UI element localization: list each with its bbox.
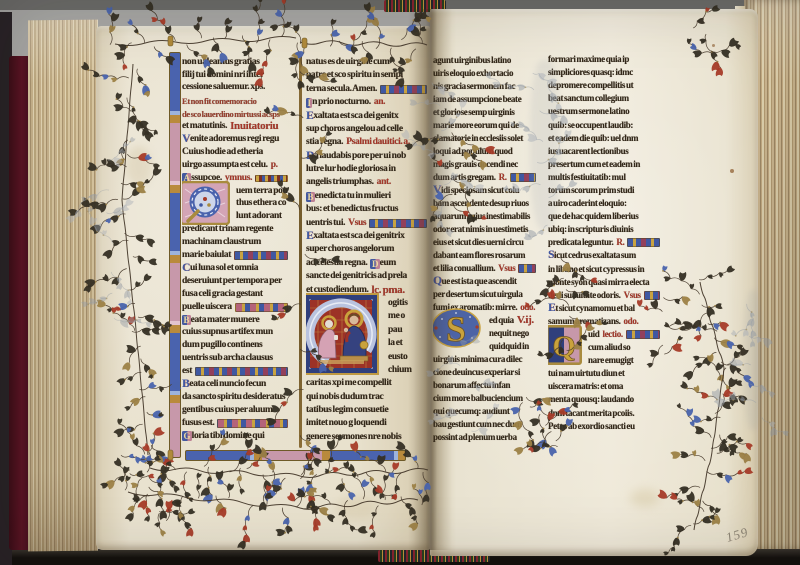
text-line: cione deuincus experiar si [433, 366, 536, 379]
text-line: Sicut cedrus exaltata sum [548, 249, 660, 262]
rubric-text: V.ij. [517, 315, 534, 326]
text-line: deseruiunt per tempora per [182, 275, 288, 288]
illuminated-initial: D [306, 151, 314, 163]
rubric-text: lectio. [602, 330, 622, 339]
text-line: gentibus cuius per aluum [182, 404, 288, 417]
line-filler-ornament [627, 238, 660, 247]
text-line: marie baiulat [182, 249, 288, 262]
svg-text:Q: Q [552, 330, 575, 363]
manuscript-text: predicata leguntur. [548, 238, 613, 247]
manuscript-text: thus ethera co [236, 199, 286, 209]
text-line: iam de assumpcione beate [433, 93, 536, 106]
text-line: Gloria tibi domine qui [182, 430, 288, 443]
text-line: lutre lur hodie gloriosa in [306, 163, 427, 176]
rubric-text: an. [374, 98, 385, 108]
rubric-text: de sco lauerdino mirtussi acsps [182, 110, 280, 119]
manuscript-text: aquarum cuius inestimabilis [433, 212, 530, 221]
text-line: Cui luna sol et omnia [182, 262, 288, 275]
text-line: nis gracia sermonem fac [433, 80, 536, 93]
manuscript-text: beat sanctum collegium [548, 94, 629, 103]
text-line: Benedicta tu in mulieri [306, 190, 427, 203]
text-line: menta quousq: laudando [548, 393, 660, 406]
text-column-left-1: non ualeamus gratiasfilij tui domini nri… [182, 56, 288, 443]
text-line: per desertum sicut uirgula [433, 288, 536, 301]
manuscript-text: ius uacarent lectionibus [548, 147, 628, 156]
manuscript-text: t sicut cynamomu et bal [555, 304, 634, 313]
text-line: uirgo assumpta est celu.p. [182, 159, 288, 172]
line-filler-ornament [195, 367, 288, 376]
manuscript-text: xaltata est sca dei genitx [313, 112, 398, 122]
line-filler-ornament [644, 291, 660, 300]
line-filler-ornament [235, 303, 288, 312]
text-line: torum scorum prim studi [548, 184, 660, 197]
text-line: uentris tui.Vsus [306, 217, 427, 230]
manuscript-text: eius et sicut dies uerni circu [433, 238, 524, 247]
manuscript-text: marie baiulat [182, 251, 231, 261]
manuscript-text: monte syon quasi mirra electa [548, 278, 649, 287]
text-line: stia regna.Psalmi dauitici. a. [306, 136, 427, 149]
manuscript-text: nequit nego [489, 329, 529, 338]
text-line: et lilia conuallium.Vsus [433, 262, 536, 275]
manuscript-text: dabant eam flores rosarum [433, 251, 525, 260]
text-line: cessione saluemur. xps. [182, 82, 288, 95]
text-column-right-1: S agunt uirginibus latinouiris eloquio e… [433, 54, 536, 444]
book-cover-maroon [9, 56, 30, 550]
text-line: puelle uiscera [182, 301, 288, 314]
text-line: super choros angelorum [306, 243, 427, 256]
manuscript-text: uentris sub archa clausus [182, 354, 273, 364]
text-line: uiris eloquio exhortacio [433, 67, 536, 80]
text-line: ius uacarent lectionibus [548, 145, 660, 158]
line-filler-ornament [518, 264, 536, 273]
manuscript-text: terna secula. Amen. [306, 85, 377, 95]
text-line: predicata leguntur.R. [548, 236, 660, 249]
text-line: uestrum sermone latino [548, 105, 660, 118]
manuscript-text: cum aliud so [588, 343, 630, 352]
manuscript-text: ad celestia regna. [306, 259, 367, 269]
manuscript-text: caritas xpi me compellit [306, 379, 391, 389]
manuscript-text: formari maxime quia ip [548, 55, 629, 64]
text-line: a uiro caderint eloquio: [548, 197, 660, 210]
left-page-vellum: non ualeamus gratiasfilij tui domini nri… [96, 26, 430, 550]
text-line: que de hac quidem liberius [548, 210, 660, 223]
text-line: tatibus legim consuetie [306, 404, 427, 417]
manuscript-text: bus: et benedictus fructus [306, 205, 398, 215]
manuscript-text: me o [388, 312, 405, 322]
rubric-text: R. [616, 238, 624, 247]
manuscript-text: stia regna. [306, 138, 343, 148]
manuscript-text: genere sermones nre nobis [306, 433, 401, 443]
text-column-left-2: natus es de uirgine cumpatre et sco spir… [306, 56, 427, 444]
rubric-text: Inuitatoriu [230, 121, 278, 132]
manuscript-text: uid [588, 330, 599, 339]
text-line: in libano et sicut cypressus in [548, 263, 660, 276]
text-line: qui quecumq: audiunt [433, 405, 536, 418]
manuscript-text: bam ascendente desup riuos [433, 199, 529, 208]
text-line: beat sanctum collegium [548, 92, 660, 105]
manuscript-text: patre et sco spiritu in sempi [306, 71, 403, 81]
manuscript-text: Cuius hodie ad etheria [182, 148, 263, 158]
manuscript-text: pau [388, 326, 402, 336]
manuscript-text: loqui ad populum quod [433, 147, 512, 156]
manuscript-text: a laudabis pore per ui nob [314, 152, 406, 162]
illuminated-initial: C [182, 263, 190, 275]
manuscript-text: ui luna sol et omnia [190, 264, 258, 274]
manuscript-text: fusus est. [182, 419, 214, 429]
text-line: depromere compellitis ut [548, 79, 660, 92]
text-line: ad celestia regna.Deum [306, 257, 427, 270]
text-line: fusa celi gracia gestant [182, 288, 288, 301]
illuminated-initial-q-hymn [182, 181, 230, 225]
ink-spot [712, 44, 715, 47]
manuscript-text: multis festiuitatib: mul [548, 173, 626, 182]
manuscript-text: presertum cum et eadem in [548, 160, 640, 169]
manuscript-text: nare emugigt [588, 356, 633, 365]
manuscript-text: tatibus legim consuetie [306, 406, 388, 416]
manuscript-text: uem terra pon [236, 187, 288, 197]
manuscript-text: qui nobis dudum trac [306, 393, 383, 403]
manuscript-text: filij tui domini nri inter [182, 71, 264, 81]
illuminated-border-bar-bottom [185, 450, 406, 461]
illuminated-initial: V [182, 134, 190, 146]
manuscript-text: dedi suauitate odoris. [548, 291, 621, 300]
text-line: loqui ad populum quod [433, 145, 536, 158]
manuscript-text: qui quecumq: audiunt [433, 407, 510, 416]
manuscript-text: predicant trinam regente [182, 225, 273, 235]
manuscript-text: eum [380, 259, 396, 269]
manuscript-text: machinam claustrum [182, 238, 261, 248]
text-line: Beata celi nuncio fecun [182, 378, 288, 391]
text-line: clamatorie in ecclesiis solet [433, 132, 536, 145]
illuminated-initial-s-lesson: S [433, 307, 484, 349]
manuscript-text: dum pugillo continens [182, 341, 262, 351]
illuminated-initial: V [433, 185, 441, 197]
manuscript-text: Petro ab exordio sancti eu [548, 422, 635, 431]
ink-spot [730, 169, 734, 173]
text-line: marie more eorum qui de [433, 119, 536, 132]
rubric-text: Et non fit comemoracio [182, 97, 257, 106]
rubric-text: odo. [624, 317, 639, 326]
manuscript-text: bau gestiunt cum nec dum [433, 420, 522, 429]
manuscript-text: non ualeamus gratias [182, 58, 260, 68]
manuscript-text: gentibus cuius per aluum [182, 406, 273, 416]
illuminated-initial: B [182, 315, 191, 325]
illuminated-initial: Q [433, 276, 442, 288]
manuscript-text: ogitis [388, 299, 408, 309]
rubric-text: Vsus [348, 219, 366, 229]
line-filler-ornament [380, 85, 427, 94]
manuscript-text: que de hac quidem liberius [548, 212, 638, 221]
text-line: Petro ab exordio sancti eu [548, 420, 660, 433]
text-line: Exaltata est sca dei genitrix [306, 230, 427, 243]
text-line: patre et sco spiritu in sempi [306, 69, 427, 82]
rubric-text: Vsus [624, 291, 641, 300]
line-filler-ornament [255, 175, 288, 182]
text-line: natus es de uirgine cum [306, 56, 427, 69]
text-line: odor erat nimis in uestimetis [433, 223, 536, 236]
manuscript-text: deseruiunt per tempora per [182, 277, 282, 287]
text-column-right-2: Q formari maxime quia ipsimpliciores qua… [548, 53, 660, 433]
manuscript-text: cione deuincus experiar si [433, 368, 520, 377]
manuscript-text: sancte dei genitricis ad prela [306, 272, 407, 282]
line-filler-ornament [217, 419, 288, 428]
manuscript-text: bonarum affectu infan [433, 381, 510, 390]
manuscript-text: n prio nocturno. [312, 98, 371, 108]
text-line: Cuius hodie ad etheria [182, 146, 288, 159]
text-line: Da laudabis pore per ui nob [306, 150, 427, 163]
text-line: uentris sub archa clausus [182, 352, 288, 365]
manuscript-text: lunt adorant [236, 212, 282, 222]
text-line: bus: et benedictus fructus [306, 203, 427, 216]
rubric-text: R. [499, 173, 507, 182]
line-filler-ornament [626, 330, 660, 339]
text-line: bonarum affectu infan [433, 379, 536, 392]
photograph-of-open-manuscript: { "meta": { "scene": "Open medieval illu… [0, 0, 800, 565]
manuscript-text: nis gracia sermonem fac [433, 82, 515, 91]
text-line: et gloriose semp uirginis [433, 106, 536, 119]
text-line: non ualeamus gratias [182, 56, 288, 69]
text-line: bau gestiunt cum nec dum [433, 418, 536, 431]
text-line: Exaltata est sca dei genitx [306, 110, 427, 123]
text-line: eius et sicut dies uerni circu [433, 236, 536, 249]
manuscript-text: enite adoremus regi regu [190, 135, 279, 145]
manuscript-text: idi speciosam sicut colu [441, 186, 519, 195]
manuscript-text: possint ad plenum uerba [433, 433, 517, 442]
text-line: possint ad plenum uerba [433, 431, 536, 444]
manuscript-text: fusa celi gracia gestant [182, 290, 263, 300]
text-line: Que est ista que ascendit [433, 275, 536, 288]
text-line: est [182, 365, 288, 378]
rubric-text: Vsus [498, 264, 515, 273]
illuminated-initial: G [182, 431, 192, 441]
text-line: ubiq: in scripturis diuinis [548, 223, 660, 236]
folio-number: 159 [724, 524, 750, 546]
text-line: simpliciores quasq: idmc [548, 66, 660, 79]
manuscript-text: angelis triumphas. [306, 178, 374, 188]
manuscript-text: a uiro caderint eloquio: [548, 199, 627, 208]
rubric-text: ant. [377, 178, 391, 188]
manuscript-text: uiris eloquio exhortacio [433, 69, 513, 78]
vellum-stain [336, 496, 376, 520]
manuscript-text: simpliciores quasq: idmc [548, 68, 633, 77]
text-line: sup choros angelou ad celle [306, 123, 427, 136]
manuscript-text: imitet nouo g loquendi [306, 419, 386, 429]
right-page-vellum: S agunt uirginibus latinouiris eloquio e… [430, 9, 758, 556]
manuscript-text: ubiq: in scripturis diuinis [548, 225, 633, 234]
manuscript-text: chium [388, 366, 412, 376]
manuscript-text: torum scorum prim studi [548, 186, 634, 195]
page-stack-left-edge [28, 20, 98, 552]
manuscript-text: et matutinis. [182, 122, 227, 132]
manuscript-text: cuius supnus artifex mun [182, 328, 273, 338]
text-line: formari maxime quia ip [548, 53, 660, 66]
vellum-stain [126, 146, 152, 186]
manuscript-text: per desertum sicut uirgula [433, 290, 522, 299]
text-line: dabant eam flores rosarum [433, 249, 536, 262]
manuscript-text: quidquid in [489, 342, 529, 351]
manuscript-text: icut cedrus exaltata sum [554, 251, 636, 260]
text-line: imitet nouo g loquendi [306, 418, 427, 431]
text-line: cuius supnus artifex mun [182, 327, 288, 340]
manuscript-text: puelle uiscera [182, 303, 232, 313]
manuscript-text: est [182, 367, 192, 377]
text-line: predicant trinam regente [182, 224, 288, 237]
figure-virgin [318, 317, 338, 359]
manuscript-text: natus es de uirgine cum [306, 58, 389, 68]
manuscript-text: tui nam uirtutu diun et [548, 369, 624, 378]
illuminated-initial-q-lesson: Q [548, 325, 582, 365]
text-line: sancte dei genitricis ad prela [306, 270, 427, 283]
manuscript-text: magis grauis docendi nec [433, 160, 518, 169]
manuscript-text: uirgo assumpta est celu. [182, 161, 268, 171]
text-line: dum artis gregam.R. [433, 171, 536, 184]
manuscript-text: dum artis gregam. [433, 173, 496, 182]
manuscript-text: menta quousq: laudando [548, 395, 634, 404]
manuscript-text: in libano et sicut cypressus in [548, 265, 644, 274]
rubric-text: p. [271, 161, 278, 171]
manuscript-text: la et [388, 339, 402, 349]
manuscript-text: ed quia [489, 316, 514, 325]
manuscript-text: eata mater munere [191, 316, 260, 326]
line-filler-ornament [234, 251, 288, 260]
manuscript-text: da sancto spiritu desideratus [182, 393, 285, 403]
manuscript-text: iam de assumpcione beate [433, 95, 521, 104]
text-line: terna secula. Amen. [306, 83, 427, 96]
text-line: et matutinis.Inuitatoriu [182, 120, 288, 133]
manuscript-text: agunt uirginibus latino [433, 56, 511, 65]
text-line: quib: se occupent laudib: [548, 118, 660, 131]
manuscript-text: et gloriose semp uirginis [433, 108, 515, 117]
text-line: fusus est. [182, 417, 288, 430]
rubric-text: odo. [520, 303, 535, 312]
manuscript-text: lutre lur hodie gloriosa in [306, 165, 396, 175]
text-line: uirginis minima cura dilec [433, 353, 536, 366]
manuscript-text: uestrum sermone latino [548, 107, 629, 116]
manuscript-text: clamatorie in ecclesiis solet [433, 134, 523, 143]
manuscript-text: depromere compellitis ut [548, 81, 633, 90]
manuscript-text: loria tibi domine qui [192, 432, 265, 442]
manuscript-text: ue est ista que ascendit [442, 277, 517, 286]
manuscript-text: sup choros angelou ad celle [306, 125, 403, 135]
text-line: Venite adoremus regi regu [182, 133, 288, 146]
illuminated-initial: D [370, 259, 379, 269]
text-line: Et non fit comemoracio [182, 95, 288, 108]
manuscript-text: quib: se occupent laudib: [548, 121, 633, 130]
text-line: aquarum cuius inestimabilis [433, 210, 536, 223]
manuscript-text: marie more eorum qui de [433, 121, 519, 130]
manuscript-text: uiscera matris: et oma [548, 382, 623, 391]
manuscript-text: odor erat nimis in uestimetis [433, 225, 528, 234]
text-line: Et sicut cynamomu et bal [548, 302, 660, 315]
text-line: presertum cum et eadem in [548, 158, 660, 171]
manuscript-text: et eadem die quib: uel dnm [548, 134, 638, 143]
text-line: da sancto spiritu desideratus [182, 391, 288, 404]
manuscript-text: cessione saluemur. xps. [182, 83, 265, 93]
text-line: monte syon quasi mirra electa [548, 276, 660, 289]
text-line: qui nobis dudum trac [306, 391, 427, 404]
text-line: Beata mater munere [182, 314, 288, 327]
text-line: In prio nocturno.an. [306, 96, 427, 109]
text-line: agunt uirginibus latino [433, 54, 536, 67]
text-line: cium more balbuciencium [433, 392, 536, 405]
rubric-text: Psalmi dauitici. a. [346, 138, 410, 148]
text-line: filij tui domini nri inter [182, 69, 288, 82]
text-line: uiscera matris: et oma [548, 380, 660, 393]
manuscript-text: uentris tui. [306, 219, 345, 229]
miniature-initial-c-virgin-and-christ [306, 292, 380, 376]
vellum-stain [630, 489, 660, 507]
text-line: tui nam uirtutu diun et [548, 367, 660, 380]
illuminated-border-bar-vertical [169, 52, 181, 458]
text-line: de sco lauerdino mirtussi acsps [182, 108, 288, 121]
manuscript-text: dnm tacant merita pcoiis. [548, 409, 634, 418]
text-line: dnm tacant merita pcoiis. [548, 407, 660, 420]
manuscript-text: super choros angelorum [306, 245, 394, 255]
text-line: caritas xpi me compellit [306, 377, 427, 390]
text-line: magis grauis docendi nec [433, 158, 536, 171]
manuscript-text: uirginis minima cura dilec [433, 355, 522, 364]
text-line: machinam claustrum [182, 236, 288, 249]
manuscript-text: eusto [388, 353, 407, 363]
manuscript-text: cium more balbuciencium [433, 394, 523, 403]
manuscript-text: et lilia conuallium. [433, 264, 495, 273]
text-line: dum pugillo continens [182, 340, 288, 353]
text-line: genere sermones nre nobis [306, 431, 427, 444]
text-line: dedi suauitate odoris.Vsus [548, 289, 660, 302]
manuscript-text: enedicta tu in mulieri [315, 192, 391, 202]
line-filler-ornament [510, 173, 536, 182]
column-divider-bar [299, 56, 302, 448]
manuscript-text: eata celi nuncio fecun [189, 380, 266, 390]
text-line: et eadem die quib: uel dnm [548, 132, 660, 145]
text-line: bam ascendente desup riuos [433, 197, 536, 210]
text-line: angelis triumphas.ant. [306, 177, 427, 190]
svg-text:S: S [446, 309, 466, 349]
illuminated-initial: B [306, 192, 315, 202]
line-filler-ornament [369, 219, 427, 228]
text-line: multis festiuitatib: mul [548, 171, 660, 184]
text-line: Vidi speciosam sicut colu [433, 184, 536, 197]
manuscript-text: xaltata est sca dei genitrix [313, 232, 404, 242]
